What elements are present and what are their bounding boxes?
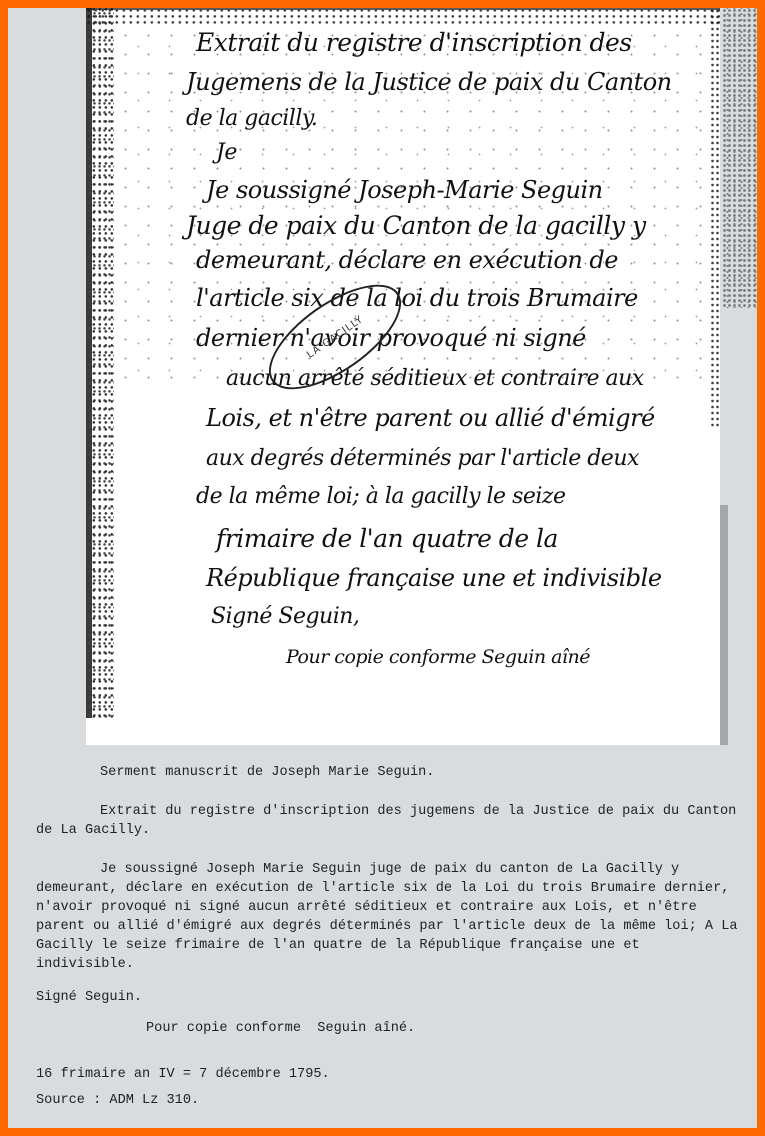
handwritten-line: l'article six de la loi du trois Brumair… <box>196 286 716 310</box>
handwritten-line: aux degrés déterminés par l'article deux <box>206 448 720 470</box>
handwritten-line: frimaire de l'an quatre de la <box>216 526 720 551</box>
transcription-title: Serment manuscrit de Joseph Marie Seguin… <box>100 763 740 782</box>
document-page: Extrait du registre d'inscription des Ju… <box>8 8 757 1128</box>
scan-margin-bottom <box>108 718 720 745</box>
handwritten-line: Extrait du registre d'inscription des <box>196 30 716 55</box>
handwritten-line: Jugemens de la Justice de paix du Canton <box>186 70 706 94</box>
handwritten-line: République française une et indivisible <box>206 566 720 590</box>
source-reference: Source : ADM Lz 310. <box>36 1091 742 1110</box>
handwritten-line: Signé Seguin, <box>211 606 720 628</box>
handwritten-line: Je <box>216 142 720 164</box>
date-conversion: 16 frimaire an IV = 7 décembre 1795. <box>36 1065 742 1084</box>
transcription-body: Je soussigné Joseph Marie Seguin juge de… <box>36 860 742 974</box>
scan-edge-left <box>86 8 114 718</box>
handwritten-line: Lois, et n'être parent ou allié d'émigré <box>206 406 720 430</box>
handwritten-line: Je soussigné Joseph-Marie Seguin <box>206 178 720 202</box>
manuscript-image: Extrait du registre d'inscription des Ju… <box>86 8 720 745</box>
scan-edge-top <box>86 8 720 26</box>
transcription-copy-note: Pour copie conforme Seguin aîné. <box>146 1019 746 1038</box>
stamp-text: LA GACILLY <box>305 314 365 361</box>
transcription-signed: Signé Seguin. <box>36 988 742 1007</box>
handwritten-line: de la gacilly. <box>186 108 706 130</box>
handwritten-line: Juge de paix du Canton de la gacilly y <box>186 213 706 238</box>
scan-shadow-strip <box>720 505 728 745</box>
handwritten-line: dernier n'avoir provoqué ni signé <box>196 326 716 350</box>
adjacent-page-edge <box>722 8 757 308</box>
transcription-extract: Extrait du registre d'inscription des ju… <box>36 802 742 840</box>
handwritten-line: demeurant, déclare en exécution de <box>196 248 716 272</box>
handwritten-line: Pour copie conforme Seguin aîné <box>286 648 720 667</box>
handwritten-line: de la même loi; à la gacilly le seize <box>196 486 716 508</box>
